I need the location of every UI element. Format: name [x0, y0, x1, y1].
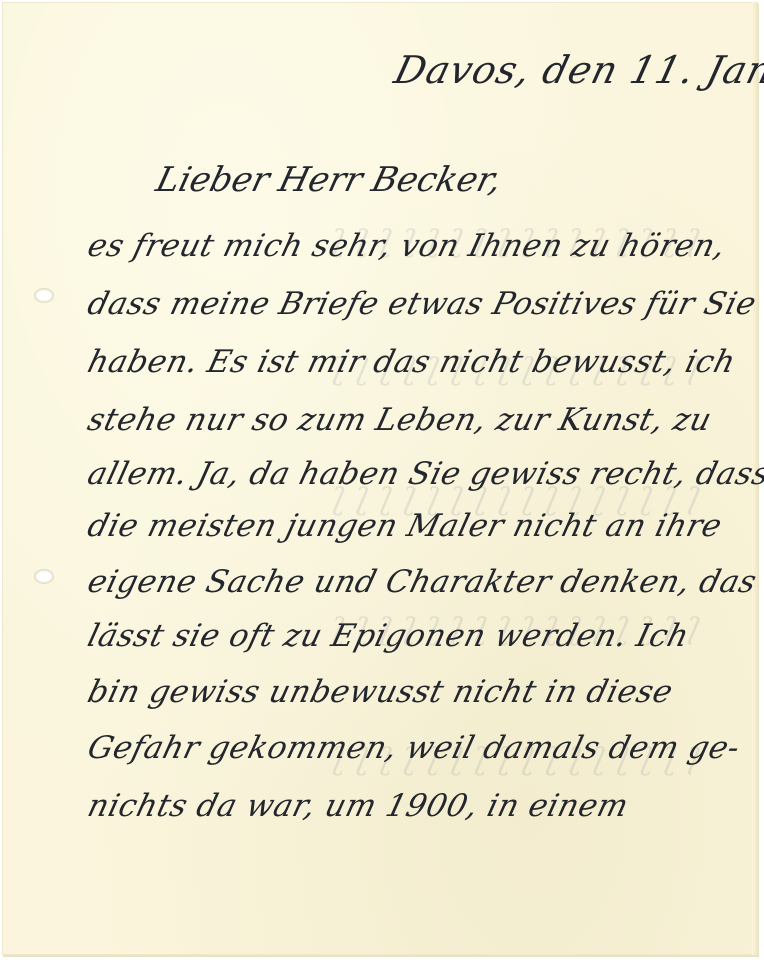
letter-line: nichts da war, um 1900, in einem: [84, 788, 632, 824]
letter-line: eigene Sache und Charakter denken, das: [84, 564, 760, 600]
punch-hole-top: [35, 289, 53, 302]
letter-line: haben. Es ist mir das nicht bewusst, ich: [84, 344, 739, 380]
letter-date: Davos, den 11. Jan 37: [390, 48, 764, 92]
letter-line: dass meine Briefe etwas Positives für Si…: [84, 286, 760, 322]
letter-line: Gefahr gekommen, weil damals dem ge-: [84, 730, 744, 766]
letter-page: ʃ ʃ ʃ ʃ ʃ ʃ ʃ ʃ ʃ ʃ ʃ ʃ ʃ ʃ ʃ ʃ ʃ ʃ ʃ ʃ …: [2, 2, 758, 955]
letter-line: allem. Ja, da haben Sie gewiss recht, da…: [84, 456, 764, 492]
punch-hole-bottom: [35, 570, 53, 583]
letter-line: die meisten jungen Maler nicht an ihre: [84, 508, 726, 544]
letter-salutation: Lieber Herr Becker,: [152, 160, 506, 200]
letter-line: lässt sie oft zu Epigonen werden. Ich: [84, 618, 693, 654]
letter-line: es freut mich sehr, von Ihnen zu hören,: [84, 228, 729, 264]
letter-line: stehe nur so zum Leben, zur Kunst, zu: [84, 402, 715, 438]
letter-line: bin gewiss unbewusst nicht in diese: [84, 674, 677, 710]
